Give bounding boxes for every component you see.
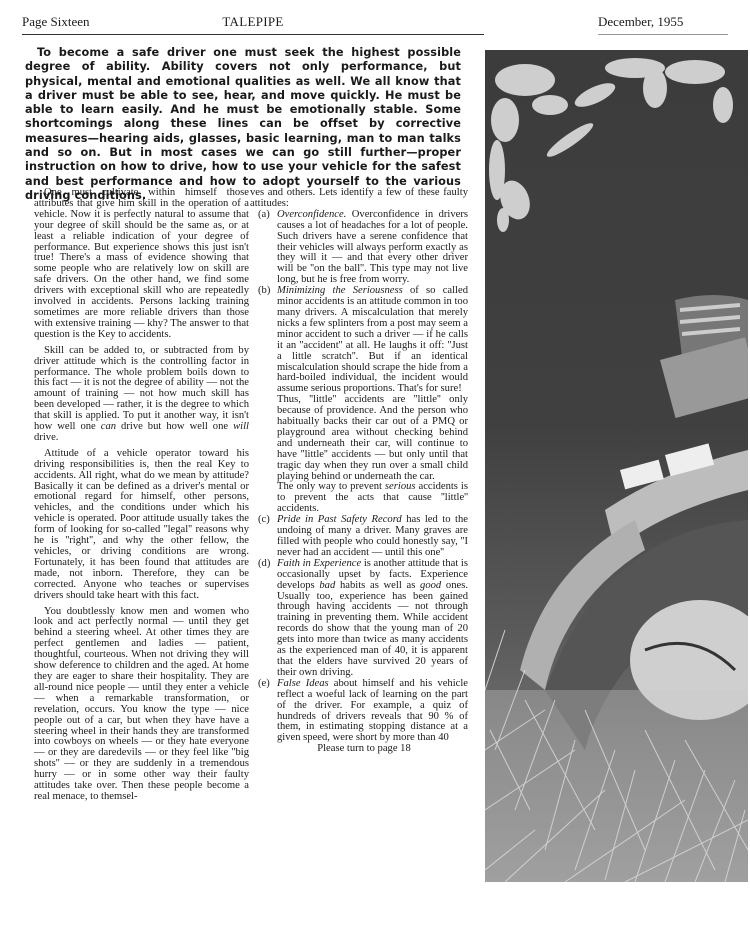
issue-date: December, 1955 [598, 14, 683, 30]
list-item: (e) False Ideas about himself and his ve… [250, 679, 468, 744]
item-label: (c) [258, 515, 270, 526]
list-item: (a) Overconfidence. Overconfidence in dr… [250, 210, 468, 286]
item-label: (a) [258, 210, 270, 221]
item-label: (e) [258, 679, 270, 690]
intro-paragraph: To become a safe driver one must seek th… [25, 46, 461, 203]
paragraph: One must cultivate within himself those … [34, 188, 249, 341]
paragraph: You doubtlessly know men and women who l… [34, 607, 249, 803]
item-title: False Ideas [277, 678, 329, 689]
article-column-right: ves and others. Lets identify a few of t… [250, 188, 468, 760]
header-rule [22, 34, 484, 35]
paragraph: Attitude of a vehicle operator toward hi… [34, 449, 249, 602]
list-item: (c) Pride in Past Safety Record has led … [250, 515, 468, 559]
item-title: Overconfidence. [277, 209, 346, 220]
publication-title: TALEPIPE [22, 14, 484, 30]
car-in-grass-photo [485, 50, 748, 882]
item-title: Minimizing the Seriousness [277, 285, 403, 296]
header-rule-right [598, 34, 728, 35]
paragraph: ves and others. Lets identify a few of t… [250, 188, 468, 210]
list-item: (b) Minimizing the Seriousness of so cal… [250, 286, 468, 515]
photo-illustration [485, 50, 748, 882]
item-label: (b) [258, 286, 270, 297]
list-item: (d) Faith in Experience is another attit… [250, 559, 468, 679]
page-header: Page Sixteen TALEPIPE [22, 10, 484, 34]
item-label: (d) [258, 559, 270, 570]
paragraph: Skill can be added to, or subtracted fro… [34, 346, 249, 444]
item-title: Faith in Experience [277, 558, 361, 569]
continued-link[interactable]: Please turn to page 18 [250, 744, 468, 755]
item-title: Pride in Past Safety Record [277, 514, 402, 525]
article-column-left: One must cultivate within himself those … [34, 188, 249, 808]
